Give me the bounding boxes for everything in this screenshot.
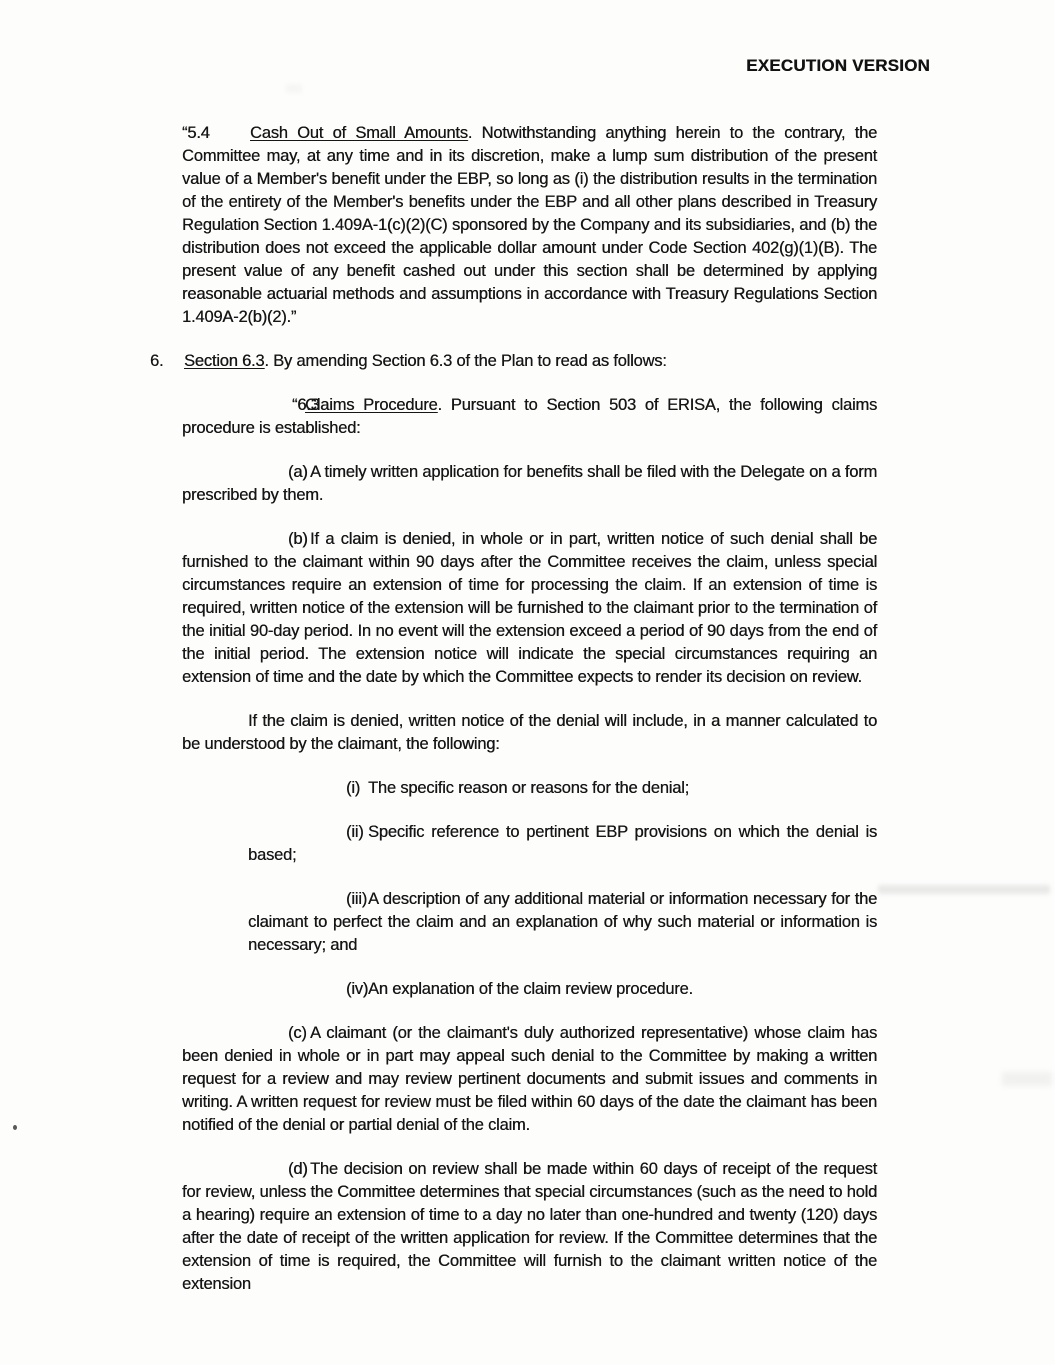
paragraph-d: (d)The decision on review shall be made … <box>182 1158 877 1296</box>
list-item-ii: (ii)Specific reference to pertinent EBP … <box>248 821 877 867</box>
paragraph-d-label: (d) <box>235 1158 310 1181</box>
scan-artifact-smudge <box>1002 1072 1052 1086</box>
paragraph-b-text: If a claim is denied, in whole or in par… <box>182 530 877 686</box>
scan-artifact-dot <box>13 1125 17 1130</box>
list-item-i-text: The specific reason or reasons for the d… <box>368 779 689 797</box>
list-item-iv: (iv)An explanation of the claim review p… <box>248 978 877 1001</box>
denial-notice-text: If the claim is denied, written notice o… <box>182 712 877 753</box>
list-item-i-label: (i) <box>297 777 368 800</box>
item-6-text: . By amending Section 6.3 of the Plan to… <box>264 352 666 370</box>
list-item-i: (i)The specific reason or reasons for th… <box>248 777 877 800</box>
scan-artifact-smudge <box>878 885 1050 894</box>
paragraph-section-6-3: “6.3Claims Procedure. Pursuant to Sectio… <box>182 394 877 440</box>
section-5-4-number: “5.4 <box>182 122 250 145</box>
document-page: EXECUTION VERSION “5.4Cash Out of Small … <box>0 0 1055 1365</box>
list-item-iv-text: An explanation of the claim review proce… <box>368 980 693 998</box>
section-5-4-text: . Notwithstanding anything herein to the… <box>182 124 877 326</box>
item-6-number: 6. <box>150 350 184 373</box>
document-body: “5.4Cash Out of Small Amounts. Notwithst… <box>182 122 877 1296</box>
section-5-4-title: Cash Out of Small Amounts <box>250 124 468 142</box>
paragraph-section-5-4: “5.4Cash Out of Small Amounts. Notwithst… <box>182 122 877 329</box>
section-6-3-title: Claims Procedure <box>305 396 437 414</box>
scan-artifact-smudge <box>286 84 302 93</box>
paragraph-c: (c)A claimant (or the claimant's duly au… <box>182 1022 877 1137</box>
list-item-iii-label: (iii) <box>297 888 368 911</box>
amendment-item-6: 6.Section 6.3. By amending Section 6.3 o… <box>150 350 877 373</box>
paragraph-c-label: (c) <box>235 1022 310 1045</box>
list-item-ii-label: (ii) <box>297 821 368 844</box>
list-item-iv-label: (iv) <box>297 978 368 1001</box>
paragraph-a: (a)A timely written application for bene… <box>182 461 877 507</box>
list-item-iii: (iii)A description of any additional mat… <box>248 888 877 957</box>
item-6-title: Section 6.3 <box>184 352 264 370</box>
paragraph-a-label: (a) <box>235 461 310 484</box>
paragraph-b: (b)If a claim is denied, in whole or in … <box>182 528 877 689</box>
section-6-3-number: “6.3 <box>237 394 305 417</box>
paragraph-denial-notice: If the claim is denied, written notice o… <box>182 710 877 756</box>
execution-version-header: EXECUTION VERSION <box>746 56 930 76</box>
paragraph-b-label: (b) <box>235 528 310 551</box>
